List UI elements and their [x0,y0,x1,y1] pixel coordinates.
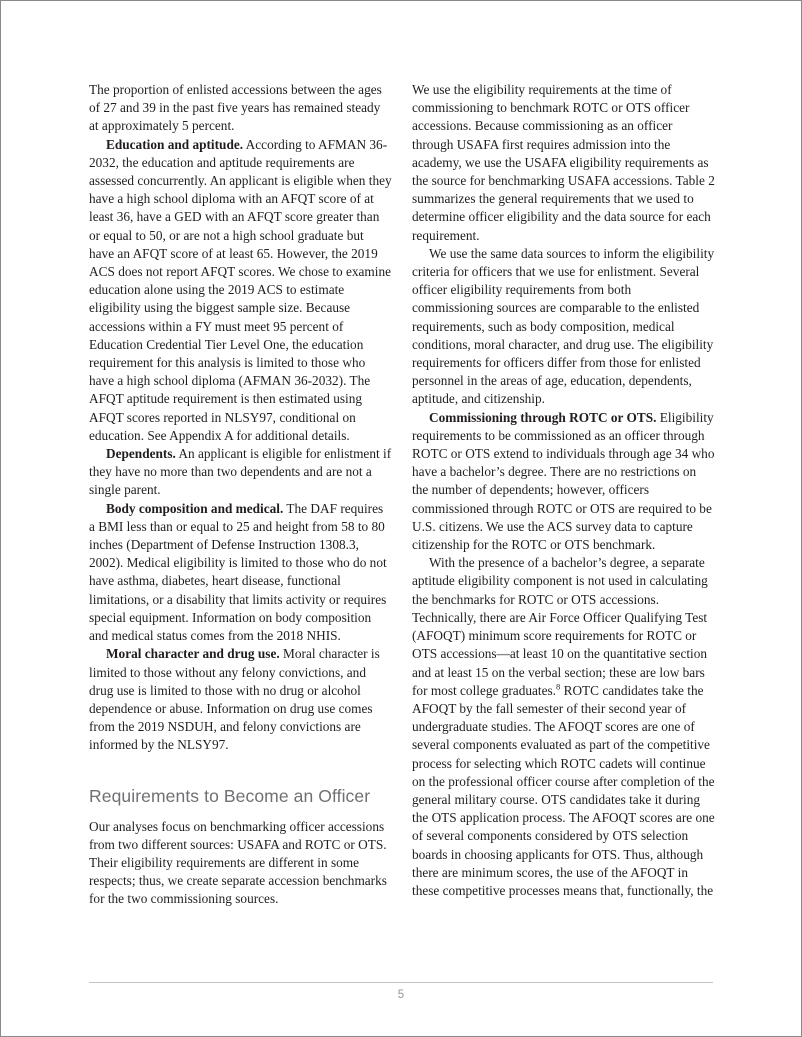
paragraph-lead: Education and aptitude. [106,137,243,152]
section-heading: Requirements to Become an Officer [89,786,392,807]
left-column: The proportion of enlisted accessions be… [89,81,392,909]
page-body: The proportion of enlisted accessions be… [89,81,715,909]
paragraph: Our analyses focus on benchmarking offic… [89,818,392,909]
paragraph-lead: Body composition and medical. [106,501,283,516]
paragraph: Moral character and drug use. Moral char… [89,645,392,754]
paragraph-lead: Commissioning through ROTC or OTS. [429,410,656,425]
right-column: We use the eligibility requirements at t… [412,81,715,909]
paragraph-lead: Dependents. [106,446,176,461]
paragraph: Education and aptitude. According to AFM… [89,136,392,445]
paragraph: The proportion of enlisted accessions be… [89,81,392,136]
footer-divider [89,982,713,983]
footnote-marker: 8 [556,681,560,691]
page-number: 5 [89,989,713,1001]
paragraph: Dependents. An applicant is eligible for… [89,445,392,500]
paragraph: With the presence of a bachelor’s degree… [412,554,715,900]
paragraph: Body composition and medical. The DAF re… [89,500,392,646]
paragraph: Commissioning through ROTC or OTS. Eligi… [412,409,715,555]
paragraph: We use the same data sources to inform t… [412,245,715,409]
paragraph-lead: Moral character and drug use. [106,646,280,661]
paragraph: We use the eligibility requirements at t… [412,81,715,245]
document-page: The proportion of enlisted accessions be… [0,0,802,1037]
